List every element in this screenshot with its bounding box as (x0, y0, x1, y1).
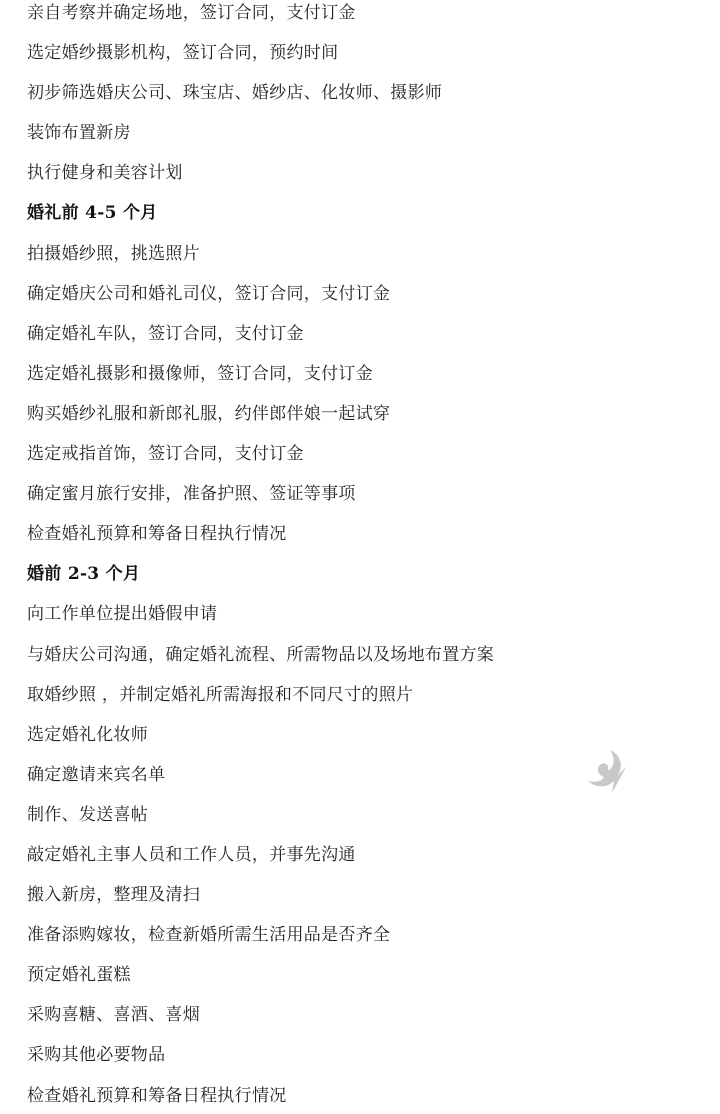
checklist-item: 选定婚礼摄影和摄像师，签订合同，支付订金 (27, 354, 707, 394)
checklist-item: 拍摄婚纱照，挑选照片 (27, 234, 707, 274)
checklist-item: 检查婚礼预算和筹备日程执行情况 (27, 514, 707, 554)
checklist-item: 预定婚礼蛋糕 (27, 955, 707, 995)
checklist-item: 检查婚礼预算和筹备日程执行情况 (27, 1076, 707, 1114)
checklist-item: 敲定婚礼主事人员和工作人员，并事先沟通 (27, 835, 707, 875)
wedding-checklist-document: 亲自考察并确定场地，签订合同，支付订金 选定婚纱摄影机构，签订合同，预约时间 初… (27, 0, 707, 1114)
checklist-item: 购买婚纱礼服和新郎礼服，约伴郎伴娘一起试穿 (27, 394, 707, 434)
checklist-item: 制作、发送喜帖 (27, 795, 707, 835)
checklist-item: 向工作单位提出婚假申请 (27, 594, 707, 634)
checklist-item: 准备添购嫁妆，检查新婚所需生活用品是否齐全 (27, 915, 707, 955)
swirl-logo-icon (580, 745, 630, 800)
checklist-item: 搬入新房，整理及清扫 (27, 875, 707, 915)
checklist-item: 执行健身和美容计划 (27, 153, 707, 193)
checklist-item: 选定婚纱摄影机构，签订合同，预约时间 (27, 33, 707, 73)
checklist-item: 确定蜜月旅行安排，准备护照、签证等事项 (27, 474, 707, 514)
checklist-item: 采购喜糖、喜酒、喜烟 (27, 995, 707, 1035)
checklist-item: 确定婚礼车队，签订合同，支付订金 (27, 314, 707, 354)
section-heading-2-3-months: 婚前 2-3 个月 (27, 554, 707, 594)
checklist-item: 装饰布置新房 (27, 113, 707, 153)
checklist-item: 采购其他必要物品 (27, 1035, 707, 1075)
section-heading-4-5-months: 婚礼前 4-5 个月 (27, 193, 707, 233)
checklist-item: 取婚纱照 ，并制定婚礼所需海报和不同尺寸的照片 (27, 675, 707, 715)
checklist-item: 亲自考察并确定场地，签订合同，支付订金 (27, 0, 707, 33)
checklist-item: 选定戒指首饰，签订合同，支付订金 (27, 434, 707, 474)
checklist-item: 确定婚庆公司和婚礼司仪，签订合同，支付订金 (27, 274, 707, 314)
checklist-item: 初步筛选婚庆公司、珠宝店、婚纱店、化妆师、摄影师 (27, 73, 707, 113)
checklist-item: 与婚庆公司沟通，确定婚礼流程、所需物品以及场地布置方案 (27, 635, 707, 675)
